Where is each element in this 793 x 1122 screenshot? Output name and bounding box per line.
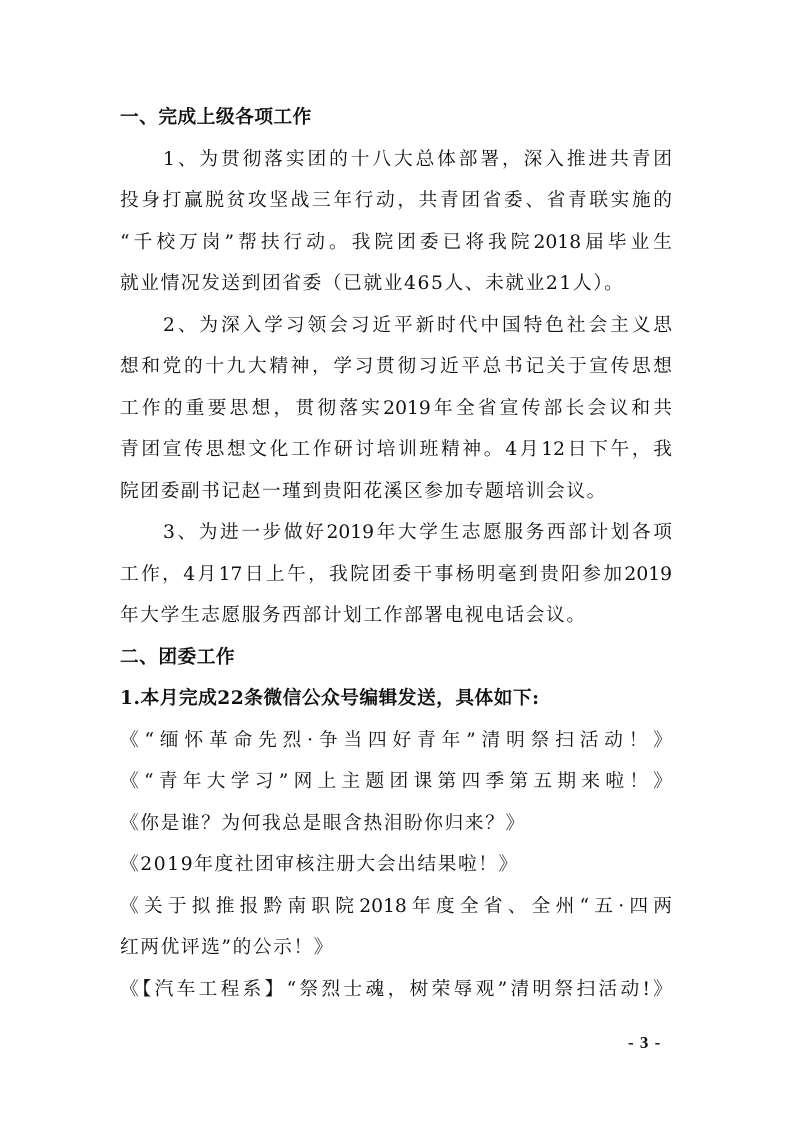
paragraph-line: 想和党的十九大精神，学习贯彻习近平总书记关于宣传思想 [120, 346, 672, 388]
section-subheading: 1.本月完成22条微信公众号编辑发送，具体如下: [120, 678, 672, 720]
paragraph-line: 青团宣传思想文化工作研讨培训班精神。4月12日下午，我 [120, 429, 672, 471]
article-title: 《2019年度社团审核注册大会出结果啦！》 [120, 844, 672, 886]
article-title: 《“缅怀革命先烈·争当四好青年”清明祭扫活动！》 [120, 720, 672, 762]
section-heading-2: 二、团委工作 [120, 637, 672, 679]
page-number: - 3 - [628, 1033, 661, 1053]
document-page: 一、完成上级各项工作 1、为贯彻落实团的十八大总体部署，深入推进共青团 投身打赢… [0, 0, 793, 1122]
article-title: 《关于拟推报黔南职院2018年度全省、全州“五·四两 [120, 886, 672, 928]
article-title-continuation: 红两优评选”的公示！》 [120, 927, 672, 969]
paragraph-line: 1、为贯彻落实团的十八大总体部署，深入推进共青团 [120, 139, 672, 181]
paragraph-line: 年大学生志愿服务西部计划工作部署电视电话会议。 [120, 595, 672, 637]
paragraph-line: 工作的重要思想，贯彻落实2019年全省宣传部长会议和共 [120, 388, 672, 430]
paragraph-line: 2、为深入学习领会习近平新时代中国特色社会主义思 [120, 305, 672, 347]
paragraph-line: 就业情况发送到团省委（已就业465人、未就业21人）。 [120, 263, 672, 305]
section-heading-1: 一、完成上级各项工作 [120, 97, 672, 139]
paragraph-line: 院团委副书记赵一瑾到贵阳花溪区参加专题培训会议。 [120, 471, 672, 513]
paragraph-line: 工作，4月17日上午，我院团委干事杨明毫到贵阳参加2019 [120, 554, 672, 596]
paragraph-line: 投身打赢脱贫攻坚战三年行动，共青团省委、省青联实施的 [120, 180, 672, 222]
article-title: 《【汽车工程系】“祭烈士魂，树荣辱观”清明祭扫活动!》 [120, 969, 672, 1011]
document-body: 一、完成上级各项工作 1、为贯彻落实团的十八大总体部署，深入推进共青团 投身打赢… [120, 97, 672, 1010]
article-title: 《“青年大学习”网上主题团课第四季第五期来啦！》 [120, 761, 672, 803]
paragraph-line: 3、为进一步做好2019年大学生志愿服务西部计划各项 [120, 512, 672, 554]
article-title: 《你是谁？为何我总是眼含热泪盼你归来？》 [120, 803, 672, 845]
paragraph-line: “千校万岗”帮扶行动。我院团委已将我院2018届毕业生 [120, 222, 672, 264]
